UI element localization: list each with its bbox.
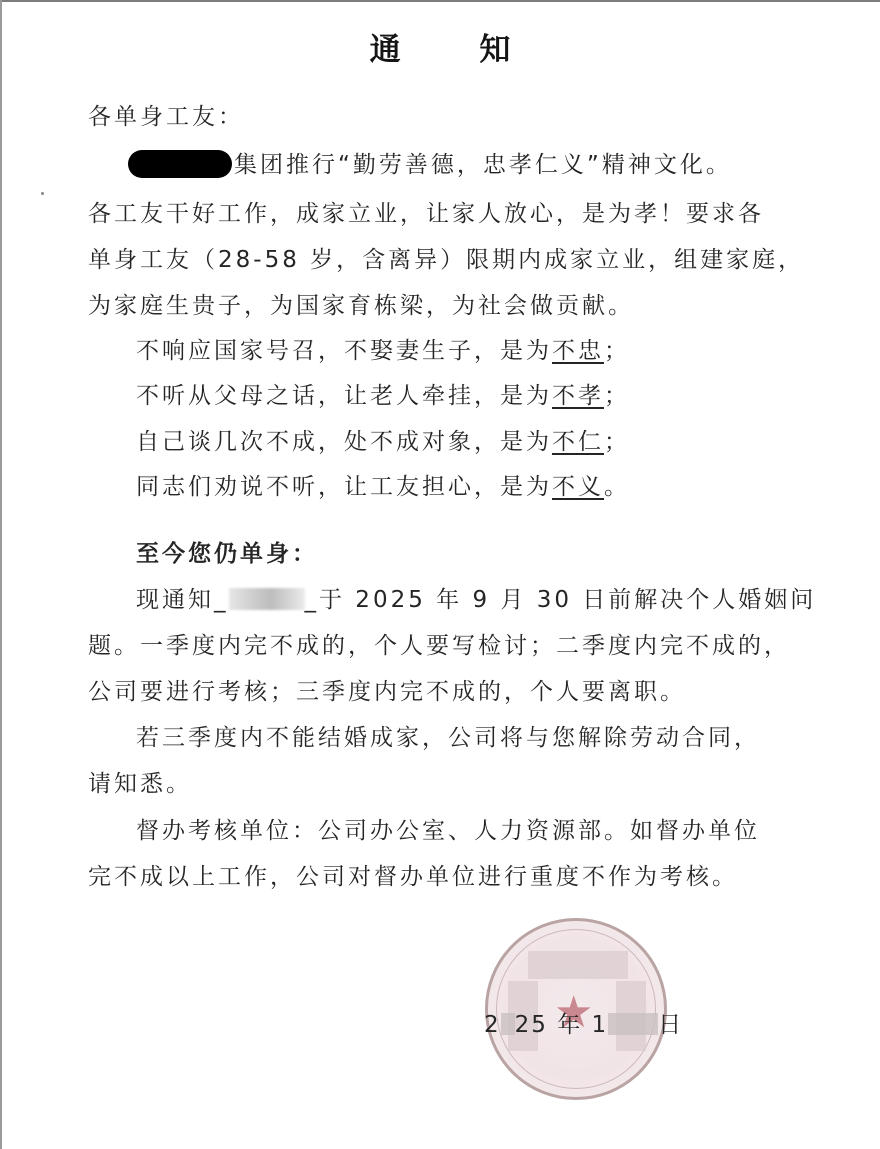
virtue-text: 同志们劝说不听，让工友担心，是为: [136, 474, 552, 500]
blurred-employee-name: [229, 588, 305, 610]
date-digit: 2: [484, 1012, 501, 1038]
seal-pixelation: [528, 951, 628, 979]
scan-speck: [41, 192, 44, 195]
virtue-text: 不听从父母之话，让老人牵挂，是为: [136, 383, 552, 409]
notice-line-2: 题。一季度内完不成的，个人要写检讨；二季度内完不成的，: [88, 627, 790, 660]
virtue-end: ；: [604, 338, 630, 364]
page-border-top: [0, 0, 880, 2]
date-day-label: 日: [658, 1012, 683, 1038]
virtue-underlined: 不忠: [552, 338, 604, 364]
virtue-end: ；: [604, 383, 630, 409]
document-title: 通 知: [0, 24, 880, 69]
virtue-line-righteousness: 同志们劝说不听，让工友担心，是为不义。: [136, 468, 630, 501]
redacted-company-name: [128, 150, 232, 178]
notice-line-1: 现通知__于 2025 年 9 月 30 日前解决个人婚姻问: [136, 581, 816, 614]
virtue-end: ；: [604, 429, 630, 455]
date-mask: [501, 1013, 515, 1035]
virtue-line-benevolence: 自己谈几次不成，处不成对象，是为不仁；: [136, 423, 630, 456]
salutation: 各单身工友：: [88, 98, 244, 131]
virtue-line-filial: 不听从父母之话，让老人牵挂，是为不孝；: [136, 377, 630, 410]
page-border-left: [0, 0, 2, 1149]
signature-date: 225 年 1日: [484, 1006, 683, 1039]
intro-line-4: 为家庭生贵子，为国家育栋梁，为社会做贡献。: [88, 287, 634, 320]
termination-line-2: 请知悉。: [88, 765, 192, 798]
virtue-line-loyalty: 不响应国家号召，不娶妻生子，是为不忠；: [136, 332, 630, 365]
virtue-text: 不响应国家号召，不娶妻生子，是为: [136, 338, 552, 364]
supervision-line-2: 完不成以上工作，公司对督办单位进行重度不作为考核。: [88, 858, 738, 891]
supervision-line-1: 督办考核单位：公司办公室、人力资源部。如督办单位: [136, 812, 760, 845]
date-month: 1: [592, 1012, 609, 1038]
status-heading: 至今您仍单身：: [136, 535, 318, 568]
virtue-underlined: 不仁: [552, 429, 604, 455]
termination-line-1: 若三季度内不能结婚成家，公司将与您解除劳动合同，: [136, 719, 760, 752]
intro-line-2: 各工友干好工作，成家立业，让家人放心，是为孝！要求各: [88, 195, 764, 228]
intro-text-1: 集团推行“勤劳善德，忠孝仁义”精神文化。: [234, 152, 732, 178]
date-mask: [608, 1013, 658, 1035]
notice-line-3: 公司要进行考核；三季度内完不成的，个人要离职。: [88, 673, 686, 706]
date-year: 25 年: [515, 1012, 583, 1038]
intro-line-3: 单身工友（28-58 岁，含离异）限期内成家立业，组建家庭，: [88, 241, 804, 274]
notice-prefix: 现通知_: [136, 587, 229, 613]
notice-deadline-text: _于 2025 年 9 月 30 日前解决个人婚姻问: [305, 587, 817, 613]
virtue-end: 。: [604, 474, 630, 500]
intro-line-1: 集团推行“勤劳善德，忠孝仁义”精神文化。: [128, 146, 732, 179]
virtue-text: 自己谈几次不成，处不成对象，是为: [136, 429, 552, 455]
virtue-underlined: 不义: [552, 474, 604, 500]
virtue-underlined: 不孝: [552, 383, 604, 409]
